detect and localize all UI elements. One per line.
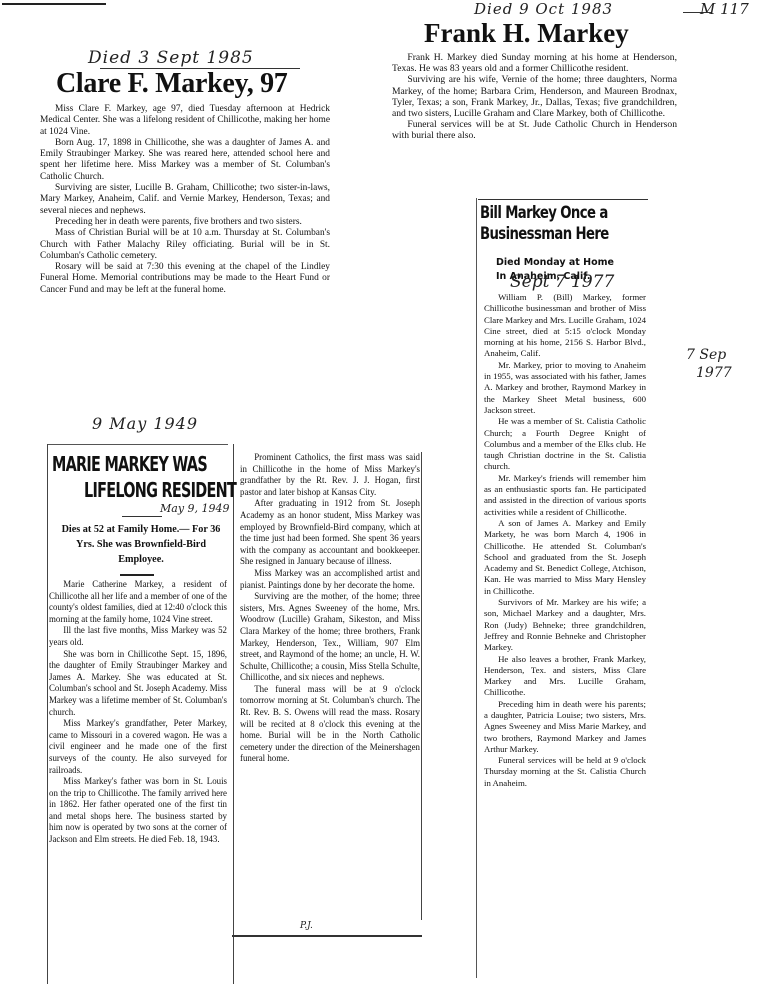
bill-margin-note: 7 Sep 1977 [686,346,732,382]
bill-obituary-body: William P. (Bill) Markey, former Chillic… [484,292,646,789]
bill-handwritten-date: Sept 7 1977 [510,272,614,292]
paragraph: He also leaves a brother, Frank Markey, … [484,654,646,699]
paragraph: Miss Markey was an accomplished artist a… [240,568,420,591]
paragraph: Mr. Markey's friends will remember him a… [484,473,646,518]
paragraph: Miss Markey's father was born in St. Lou… [49,776,227,846]
clare-obituary-title: Clare F. Markey, 97 [56,68,288,100]
bill-margin-note-line2: 1977 [686,364,732,382]
marie-column-2-border [421,452,422,920]
paragraph: He was a member of St. Calistia Catholic… [484,416,646,472]
paragraph: Surviving are his wife, Vernie of the ho… [392,74,677,119]
paragraph: Prominent Catholics, the first mass was … [240,452,420,498]
frank-handwritten-note: Died 9 Oct 1983 [474,0,613,18]
paragraph: Preceding her in death were parents, fiv… [40,217,330,228]
marie-deck-rule [120,574,154,576]
marie-deck: Dies at 52 at Family Home.— For 36 Yrs. … [52,522,230,567]
frank-handwritten-page: M 117 [700,0,749,18]
clare-handwritten-note: Died 3 Sept 1985 [88,48,254,68]
bill-headline-line1: Bill Markey Once a [480,203,609,224]
marie-column-1: Marie Catherine Markey, a resident of Ch… [49,579,227,846]
paragraph: William P. (Bill) Markey, former Chillic… [484,292,646,360]
bill-headline: Bill Markey Once a Businessman Here [480,203,609,245]
paragraph: Funeral services will be at St. Jude Cat… [392,119,677,141]
paragraph: She was born in Chillicothe Sept. 15, 18… [49,649,227,719]
bill-top-rule [478,199,648,200]
paragraph: Frank H. Markey died Sunday morning at h… [392,52,677,74]
paragraph: Funeral services will be held at 9 o'clo… [484,755,646,789]
clare-obituary-body: Miss Clare F. Markey, age 97, died Tuesd… [40,104,330,296]
bill-margin-note-line1: 7 Sep [686,346,732,364]
paragraph: After graduating in 1912 from St. Joseph… [240,498,420,568]
marie-top-rule [48,444,228,445]
paragraph: The funeral mass will be at 9 o'clock to… [240,684,420,765]
paragraph: A son of James A. Markey and Emily Marke… [484,518,646,597]
paragraph: Miss Markey's grandfather, Peter Markey,… [49,718,227,776]
paragraph: Born Aug. 17, 1898 in Chillicothe, she w… [40,138,330,183]
marie-rule [122,516,162,517]
marie-handwritten-initials: P.J. [300,921,313,931]
marie-headline-line2: LIFELONG RESIDENT [84,478,236,502]
frank-obituary-body: Frank H. Markey died Sunday morning at h… [392,52,677,142]
marie-bottom-rule [232,935,422,937]
marie-handwritten-note: 9 May 1949 [92,414,198,433]
top-border-line [2,3,106,5]
paragraph: Marie Catherine Markey, a resident of Ch… [49,579,227,625]
marie-column-2: Prominent Catholics, the first mass was … [240,452,420,765]
bill-deck-line1: Died Monday at Home [496,256,614,270]
marie-headline-line1: MARIE MARKEY WAS [52,450,207,478]
frank-obituary-title: Frank H. Markey [424,18,629,49]
paragraph: Surviving are the mother, of the home; t… [240,591,420,684]
paragraph: Miss Clare F. Markey, age 97, died Tuesd… [40,104,330,138]
paragraph: Preceding him in death were his parents;… [484,699,646,755]
paragraph: Surviving are sister, Lucille B. Graham,… [40,183,330,217]
paragraph: Survivors of Mr. Markey are his wife; a … [484,597,646,653]
paragraph: Ill the last five months, Miss Markey wa… [49,625,227,648]
marie-handwritten-date: May 9, 1949 [160,502,230,515]
bill-headline-line2: Businessman Here [480,224,609,245]
paragraph: Mass of Christian Burial will be at 10 a… [40,228,330,262]
paragraph: Rosary will be said at 7:30 this evening… [40,262,330,296]
paragraph: Mr. Markey, prior to moving to Anaheim i… [484,360,646,416]
